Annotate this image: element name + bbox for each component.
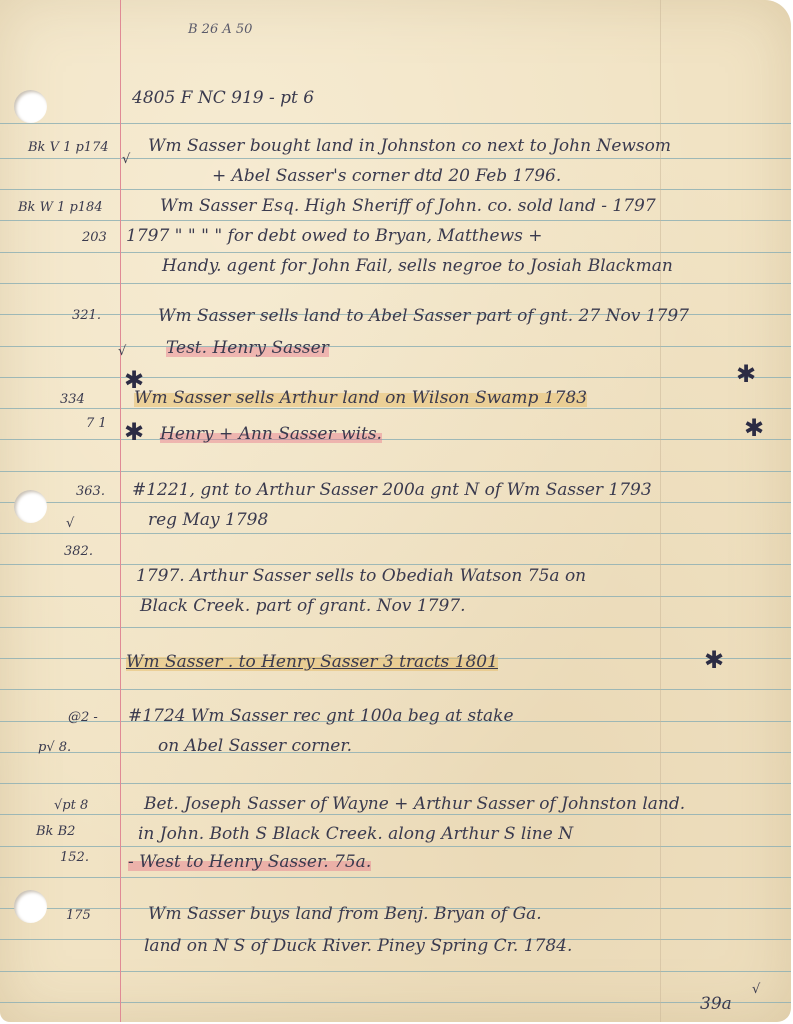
entry-ref: 321. [72,306,101,326]
asterisk-mark-icon: ✱ [744,416,764,440]
check-mark: √ [66,514,74,534]
entry-line: Handy. agent for John Fail, sells negroe… [162,256,673,276]
entry-ref: Bk W 1 p184 [18,198,103,218]
header-code: B 26 A 50 [188,20,252,40]
highlighted-transfer-line: Wm Sasser . to Henry Sasser 3 tracts 180… [126,652,498,672]
binder-hole-middle [14,490,47,523]
entry-ref-secondary: Bk B2 [36,822,75,842]
entry-ref: 363. [76,482,105,502]
highlighted-witness-line: Test. Henry Sasser [166,338,329,358]
entry-line: + Abel Sasser's corner dtd 20 Feb 1796. [212,166,561,186]
entry-line: Black Creek. part of grant. Nov 1797. [140,596,465,616]
asterisk-mark-icon: ✱ [704,648,724,672]
check-mark: √ [122,150,130,170]
entry-ref-tertiary: 152. [60,848,89,868]
binder-hole-top [14,90,47,123]
entry-line: Wm Sasser bought land in Johnston co nex… [148,136,671,156]
reference-line: 4805 F NC 919 - pt 6 [132,88,314,108]
highlighted-witness-line: Henry + Ann Sasser wits. [160,424,382,444]
entry-line: Wm Sasser Esq. High Sheriff of John. co.… [160,196,656,216]
binder-hole-bottom [14,890,47,923]
entry-line: Wm Sasser sells land to Abel Sasser part… [158,306,689,326]
entry-line: in John. Both S Black Creek. along Arthu… [138,824,573,844]
entry-line: #1221, gnt to Arthur Sasser 200a gnt N o… [132,480,652,500]
page-number: 39a [700,994,732,1014]
entry-line: land on N S of Duck River. Piney Spring … [144,936,572,956]
entry-line: on Abel Sasser corner. [158,736,352,756]
entry-line: #1724 Wm Sasser rec gnt 100a beg at stak… [128,706,514,726]
highlighted-boundary-line: - West to Henry Sasser. 75a. [128,852,371,872]
entry-line: reg May 1798 [148,510,268,530]
entry-line: Bet. Joseph Sasser of Wayne + Arthur Sas… [144,794,685,814]
entry-ref: @2 - [68,708,98,728]
entry-line: 1797 " " " " for debt owed to Bryan, Mat… [126,226,543,246]
entry-ref-secondary: 203 [82,228,107,248]
entry-ref: 175 [66,906,91,926]
entry-line: Wm Sasser buys land from Benj. Bryan of … [148,904,542,924]
entry-line: Wm Sasser sells Arthur land on Wilson Sw… [134,388,587,408]
asterisk-mark-icon: ✱ [736,362,756,386]
entry-ref-secondary: p√ 8. [38,738,71,758]
page-check-mark: √ [752,980,760,1000]
check-mark: √ [118,342,126,362]
red-margin-line [120,0,121,1022]
entry-ref: 382. [64,542,93,562]
lined-paper-page: B 26 A 50 4805 F NC 919 - pt 6 Bk V 1 p1… [0,0,791,1022]
entry-ref: √pt 8 [54,796,88,816]
entry-line: 1797. Arthur Sasser sells to Obediah Wat… [136,566,586,586]
entry-ref: Bk V 1 p174 [28,138,109,158]
entry-ref: 334 [60,390,85,410]
entry-ref-secondary: 7 1 [86,414,107,434]
asterisk-mark-icon: ✱ [124,420,144,444]
